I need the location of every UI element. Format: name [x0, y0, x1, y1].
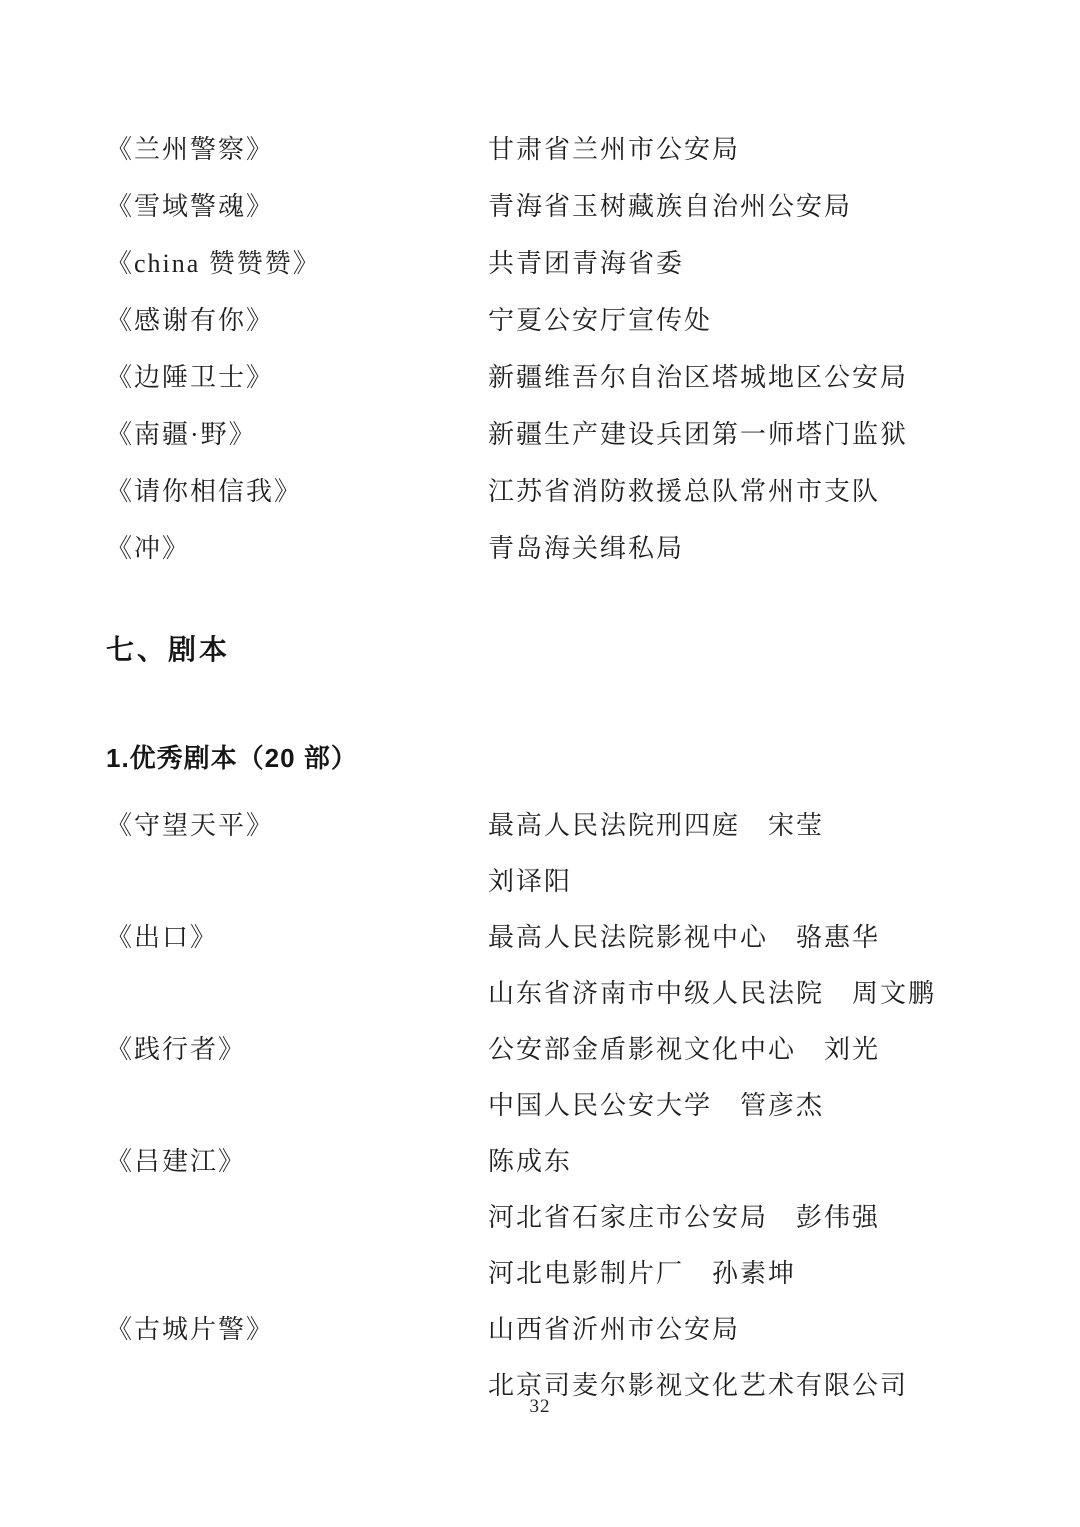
script-row: 中国人民公安大学 管彦杰 — [106, 1085, 990, 1141]
document-page: 《兰州警察》 甘肃省兰州市公安局 《雪域警魂》 青海省玉树藏族自治州公安局 《c… — [0, 0, 1080, 1527]
subsection-heading: 1.优秀剧本（20 部） — [106, 743, 990, 774]
producer-credit: 江苏省消防救援总队常州市支队 — [488, 471, 990, 508]
producer-credit: 青海省玉树藏族自治州公安局 — [488, 186, 990, 223]
producer-credit: 新疆维吾尔自治区塔城地区公安局 — [488, 357, 990, 394]
section-heading: 七、剧本 — [106, 633, 990, 666]
producer-credit: 北京司麦尔影视文化艺术有限公司 — [488, 1365, 990, 1402]
film-row: 《兰州警察》 甘肃省兰州市公安局 — [106, 129, 990, 186]
work-title: 《冲》 — [106, 528, 488, 565]
work-title: 《出口》 — [106, 917, 488, 954]
film-row: 《感谢有你》 宁夏公安厅宣传处 — [106, 300, 990, 357]
film-row: 《边陲卫士》 新疆维吾尔自治区塔城地区公安局 — [106, 357, 990, 414]
script-row: 《践行者》 公安部金盾影视文化中心 刘光 — [106, 1029, 990, 1085]
script-row: 《吕建江》 陈成东 — [106, 1141, 990, 1197]
producer-credit: 山东省济南市中级人民法院 周文鹏 — [488, 973, 990, 1010]
work-title: 《china 赞赞赞》 — [106, 243, 488, 280]
script-row: 河北省石家庄市公安局 彭伟强 — [106, 1197, 990, 1253]
script-awards-list: 《守望天平》 最高人民法院刑四庭 宋莹 刘译阳 《出口》 最高人民法院影视中心 … — [106, 805, 990, 1421]
work-title: 《守望天平》 — [106, 805, 488, 842]
script-row: 《守望天平》 最高人民法院刑四庭 宋莹 — [106, 805, 990, 861]
work-title: 《请你相信我》 — [106, 471, 488, 508]
film-row: 《冲》 青岛海关缉私局 — [106, 528, 990, 585]
work-title: 《践行者》 — [106, 1029, 488, 1066]
work-title: 《古城片警》 — [106, 1309, 488, 1346]
producer-credit: 青岛海关缉私局 — [488, 528, 990, 565]
producer-credit: 共青团青海省委 — [488, 243, 990, 280]
script-row: 河北电影制片厂 孙素坤 — [106, 1253, 990, 1309]
script-row: 刘译阳 — [106, 861, 990, 917]
work-title: 《南疆·野》 — [106, 414, 488, 451]
producer-credit: 刘译阳 — [488, 861, 990, 898]
producer-credit: 新疆生产建设兵团第一师塔门监狱 — [488, 414, 990, 451]
film-row: 《南疆·野》 新疆生产建设兵团第一师塔门监狱 — [106, 414, 990, 471]
work-title: 《感谢有你》 — [106, 300, 488, 337]
producer-credit: 中国人民公安大学 管彦杰 — [488, 1085, 990, 1122]
producer-credit: 陈成东 — [488, 1141, 990, 1178]
script-row: 《古城片警》 山西省沂州市公安局 — [106, 1309, 990, 1365]
producer-credit: 公安部金盾影视文化中心 刘光 — [488, 1029, 990, 1066]
page-content: 《兰州警察》 甘肃省兰州市公安局 《雪域警魂》 青海省玉树藏族自治州公安局 《c… — [106, 129, 990, 1421]
producer-credit: 甘肃省兰州市公安局 — [488, 129, 990, 166]
film-row: 《雪域警魂》 青海省玉树藏族自治州公安局 — [106, 186, 990, 243]
page-number: 32 — [530, 1396, 551, 1418]
producer-credit: 山西省沂州市公安局 — [488, 1309, 990, 1346]
producer-credit: 河北电影制片厂 孙素坤 — [488, 1253, 990, 1290]
film-row: 《请你相信我》 江苏省消防救援总队常州市支队 — [106, 471, 990, 528]
work-title: 《雪域警魂》 — [106, 186, 488, 223]
producer-credit: 宁夏公安厅宣传处 — [488, 300, 990, 337]
film-row: 《china 赞赞赞》 共青团青海省委 — [106, 243, 990, 300]
producer-credit: 河北省石家庄市公安局 彭伟强 — [488, 1197, 990, 1234]
work-title: 《边陲卫士》 — [106, 357, 488, 394]
work-title: 《吕建江》 — [106, 1141, 488, 1178]
film-awards-list: 《兰州警察》 甘肃省兰州市公安局 《雪域警魂》 青海省玉树藏族自治州公安局 《c… — [106, 129, 990, 585]
producer-credit: 最高人民法院影视中心 骆惠华 — [488, 917, 990, 954]
script-row: 《出口》 最高人民法院影视中心 骆惠华 — [106, 917, 990, 973]
producer-credit: 最高人民法院刑四庭 宋莹 — [488, 805, 990, 842]
work-title: 《兰州警察》 — [106, 129, 488, 166]
script-row: 山东省济南市中级人民法院 周文鹏 — [106, 973, 990, 1029]
